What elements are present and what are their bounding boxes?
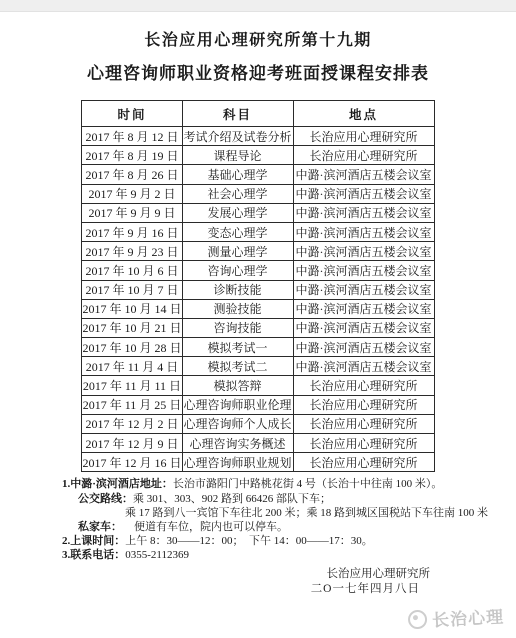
table-cell: 长治应用心理研究所 xyxy=(293,434,434,453)
table-cell: 2017 年 10 月 14 日 xyxy=(82,299,182,318)
note-class-time-label: 2.上课时间： xyxy=(62,535,125,547)
table-cell: 2017 年 11 月 25 日 xyxy=(82,395,182,414)
table-cell: 2017 年 8 月 12 日 xyxy=(82,127,182,146)
table-cell: 长治应用心理研究所 xyxy=(293,127,434,146)
table-cell: 2017 年 9 月 2 日 xyxy=(82,184,182,203)
table-row: 2017 年 12 月 9 日心理咨询实务概述长治应用心理研究所 xyxy=(82,434,434,453)
table-cell: 2017 年 9 月 16 日 xyxy=(82,222,182,241)
table-row: 2017 年 11 月 4 日模拟考试二中潞·滨河酒店五楼会议室 xyxy=(82,357,434,376)
note-bus-routes-line2: 乘 17 路到八一宾馆下车往北 200 米；乘 18 路到城区国税站下车往南 1… xyxy=(62,506,516,520)
table-cell: 考试介绍及试卷分析 xyxy=(182,127,293,146)
table-cell: 中潞·滨河酒店五楼会议室 xyxy=(293,222,434,241)
document-title-line2: 心理咨询师职业资格迎考班面授课程安排表 xyxy=(0,59,516,84)
table-cell: 心理咨询师职业规划 xyxy=(182,453,293,472)
table-cell: 中潞·滨河酒店五楼会议室 xyxy=(293,184,434,203)
note-hotel-address-text: 长治市潞阳门中路桃花街 4 号（长治十中往南 100 米）。 xyxy=(173,478,443,490)
table-row: 2017 年 8 月 12 日考试介绍及试卷分析长治应用心理研究所 xyxy=(82,127,434,146)
table-cell: 基础心理学 xyxy=(182,165,293,184)
table-cell: 2017 年 10 月 6 日 xyxy=(82,261,182,280)
note-bus-routes-text1: 乘 301、303、902 路到 66426 部队下车； xyxy=(133,493,331,505)
signature-organization: 长治应用心理研究所 xyxy=(0,567,516,582)
table-cell: 中潞·滨河酒店五楼会议室 xyxy=(293,299,434,318)
table-cell: 中潞·滨河酒店五楼会议室 xyxy=(293,280,434,299)
note-contact-phone-number: 0355-2112369 xyxy=(125,549,189,561)
course-schedule-table: 时间 科目 地点 2017 年 8 月 12 日考试介绍及试卷分析长治应用心理研… xyxy=(81,100,434,472)
table-cell: 2017 年 10 月 28 日 xyxy=(82,338,182,357)
table-cell: 2017 年 12 月 16 日 xyxy=(82,453,182,472)
signature-date: 二О一七年四月八日 xyxy=(0,582,516,597)
table-cell: 心理咨询师个人成长 xyxy=(182,414,293,433)
table-cell: 2017 年 12 月 2 日 xyxy=(82,414,182,433)
table-row: 2017 年 10 月 6 日咨询心理学中潞·滨河酒店五楼会议室 xyxy=(82,261,434,280)
scanned-schedule-document: { "page": { "title_line1": "长治应用心理研究所第十九… xyxy=(0,0,516,638)
table-row: 2017 年 10 月 21 日咨询技能中潞·滨河酒店五楼会议室 xyxy=(82,318,434,337)
table-cell: 2017 年 9 月 23 日 xyxy=(82,242,182,261)
table-cell: 变态心理学 xyxy=(182,222,293,241)
table-cell: 中潞·滨河酒店五楼会议室 xyxy=(293,338,434,357)
note-contact-phone-label: 3.联系电话： xyxy=(62,549,125,561)
table-cell: 模拟答辩 xyxy=(182,376,293,395)
table-row: 2017 年 12 月 16 日心理咨询师职业规划长治应用心理研究所 xyxy=(82,453,434,472)
table-cell: 诊断技能 xyxy=(182,280,293,299)
watermark: 长治心理 xyxy=(407,603,504,633)
footnotes: 1.中潞·滨河酒店地址：长治市潞阳门中路桃花街 4 号（长治十中往南 100 米… xyxy=(62,477,516,562)
table-cell: 模拟考试二 xyxy=(182,357,293,376)
note-bus-routes-text2: 乘 17 路到八一宾馆下车往北 200 米；乘 18 路到城区国税站下车往南 1… xyxy=(125,507,488,519)
table-cell: 测量心理学 xyxy=(182,242,293,261)
note-contact-phone: 3.联系电话：0355-2112369 xyxy=(62,548,516,562)
table-row: 2017 年 9 月 2 日社会心理学中潞·滨河酒店五楼会议室 xyxy=(82,184,434,203)
table-cell: 2017 年 11 月 4 日 xyxy=(82,357,182,376)
table-row: 2017 年 11 月 11 日模拟答辩长治应用心理研究所 xyxy=(82,376,434,395)
table-cell: 心理咨询实务概述 xyxy=(182,434,293,453)
table-cell: 发展心理学 xyxy=(182,203,293,222)
table-row: 2017 年 9 月 16 日变态心理学中潞·滨河酒店五楼会议室 xyxy=(82,222,434,241)
table-row: 2017 年 8 月 26 日基础心理学中潞·滨河酒店五楼会议室 xyxy=(82,165,434,184)
table-cell: 2017 年 9 月 9 日 xyxy=(82,203,182,222)
table-cell: 心理咨询师职业伦理 xyxy=(182,395,293,414)
table-cell: 模拟考试一 xyxy=(182,338,293,357)
top-edge-strip xyxy=(0,0,516,12)
table-cell: 长治应用心理研究所 xyxy=(293,146,434,165)
note-bus-routes: 公交路线：乘 301、303、902 路到 66426 部队下车； xyxy=(62,492,516,506)
note-class-time-text: 上午 8：30——12：00； 下午 14：00——17：30。 xyxy=(125,535,373,547)
document-title-line1: 长治应用心理研究所第十九期 xyxy=(0,27,516,50)
table-cell: 长治应用心理研究所 xyxy=(293,376,434,395)
table-row: 2017 年 10 月 7 日诊断技能中潞·滨河酒店五楼会议室 xyxy=(82,280,434,299)
column-header-location: 地点 xyxy=(293,101,434,127)
table-cell: 2017 年 10 月 7 日 xyxy=(82,280,182,299)
table-cell: 2017 年 10 月 21 日 xyxy=(82,318,182,337)
table-header: 时间 科目 地点 xyxy=(82,101,434,127)
signature-block: 长治应用心理研究所 二О一七年四月八日 xyxy=(0,567,516,597)
table-row: 2017 年 11 月 25 日心理咨询师职业伦理长治应用心理研究所 xyxy=(82,395,434,414)
table-cell: 2017 年 12 月 9 日 xyxy=(82,434,182,453)
note-hotel-address: 1.中潞·滨河酒店地址：长治市潞阳门中路桃花街 4 号（长治十中往南 100 米… xyxy=(62,477,516,491)
note-class-time: 2.上课时间：上午 8：30——12：00； 下午 14：00——17：30。 xyxy=(62,534,516,548)
table-cell: 中潞·滨河酒店五楼会议室 xyxy=(293,318,434,337)
table-cell: 测验技能 xyxy=(182,299,293,318)
table-cell: 中潞·滨河酒店五楼会议室 xyxy=(293,261,434,280)
note-private-car-label: 私家车： xyxy=(78,521,122,533)
table-cell: 咨询技能 xyxy=(182,318,293,337)
circle-seal-icon xyxy=(408,610,428,630)
table-row: 2017 年 8 月 19 日课程导论长治应用心理研究所 xyxy=(82,146,434,165)
column-header-time: 时间 xyxy=(82,101,182,127)
schedule-table-body: 2017 年 8 月 12 日考试介绍及试卷分析长治应用心理研究所2017 年 … xyxy=(82,127,434,472)
table-cell: 中潞·滨河酒店五楼会议室 xyxy=(293,203,434,222)
table-cell: 中潞·滨河酒店五楼会议室 xyxy=(293,165,434,184)
note-bus-routes-label: 公交路线： xyxy=(78,493,133,505)
table-cell: 2017 年 8 月 19 日 xyxy=(82,146,182,165)
table-cell: 中潞·滨河酒店五楼会议室 xyxy=(293,357,434,376)
table-row: 2017 年 9 月 9 日发展心理学中潞·滨河酒店五楼会议室 xyxy=(82,203,434,222)
note-private-car: 私家车：便道有车位，院内也可以停车。 xyxy=(62,520,516,534)
note-private-car-text: 便道有车位，院内也可以停车。 xyxy=(134,521,288,533)
table-header-row: 时间 科目 地点 xyxy=(82,101,434,127)
table-cell: 咨询心理学 xyxy=(182,261,293,280)
table-cell: 长治应用心理研究所 xyxy=(293,395,434,414)
table-row: 2017 年 10 月 14 日测验技能中潞·滨河酒店五楼会议室 xyxy=(82,299,434,318)
table-cell: 2017 年 11 月 11 日 xyxy=(82,376,182,395)
table-cell: 中潞·滨河酒店五楼会议室 xyxy=(293,242,434,261)
table-row: 2017 年 12 月 2 日心理咨询师个人成长长治应用心理研究所 xyxy=(82,414,434,433)
table-cell: 长治应用心理研究所 xyxy=(293,414,434,433)
table-cell: 课程导论 xyxy=(182,146,293,165)
table-cell: 长治应用心理研究所 xyxy=(293,453,434,472)
column-header-subject: 科目 xyxy=(182,101,293,127)
watermark-text: 长治心理 xyxy=(431,603,504,632)
table-row: 2017 年 10 月 28 日模拟考试一中潞·滨河酒店五楼会议室 xyxy=(82,338,434,357)
table-cell: 社会心理学 xyxy=(182,184,293,203)
table-cell: 2017 年 8 月 26 日 xyxy=(82,165,182,184)
table-row: 2017 年 9 月 23 日测量心理学中潞·滨河酒店五楼会议室 xyxy=(82,242,434,261)
note-hotel-address-label: 1.中潞·滨河酒店地址： xyxy=(62,478,173,490)
